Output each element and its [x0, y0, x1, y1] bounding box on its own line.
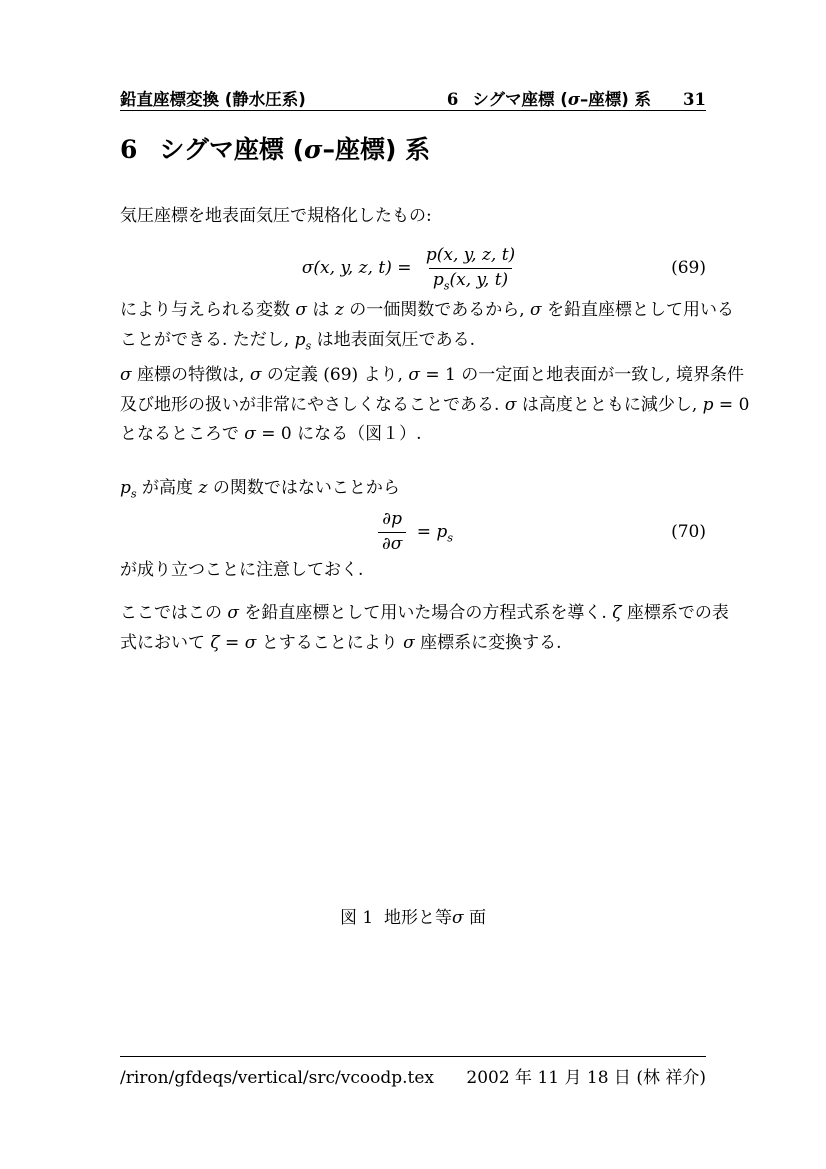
footer-date-author: 2002 年 11 月 18 日 (林 祥介)	[466, 1063, 706, 1088]
text-line: となるところで σ = 0 になる（図１）.	[120, 420, 706, 450]
text-line: ことができる. ただし, ps は地表面気圧である.	[120, 326, 706, 356]
paragraph-sigma-features: σ 座標の特徴は, σ の定義 (69) より, σ = 1 の一定面と地表面が…	[120, 361, 706, 450]
paragraph-ps-function: ps が高度 z の関数ではないことから	[120, 474, 706, 504]
header-left-title: 鉛直座標変換 (静水圧系)	[120, 86, 306, 110]
page-footer: /riron/gfdeqs/vertical/src/vcoodp.tex 20…	[120, 1063, 706, 1088]
equation-69: σ(x, y, z, t) = p(x, y, z, t) ps(x, y, t…	[120, 238, 706, 298]
text-line: 式において ζ = σ とすることにより σ 座標系に変換する.	[120, 629, 706, 659]
footer-file-path: /riron/gfdeqs/vertical/src/vcoodp.tex	[120, 1068, 434, 1088]
header-section-title: シグマ座標 (σ–座標) 系	[472, 86, 651, 110]
equation-70-body: ∂p ∂σ = ps	[373, 508, 453, 556]
text-line: 気圧座標を地表面気圧で規格化したもの:	[120, 202, 706, 232]
figure-1-caption: 図 1 地形と等σ 面	[120, 903, 706, 928]
paragraph-note: が成り立つことに注意しておく.	[120, 556, 706, 586]
equation-70-numerator: ∂p	[378, 508, 406, 531]
equation-70-denominator: ∂σ	[378, 532, 406, 556]
paragraph-derivation: ここではこの σ を鉛直座標として用いた場合の方程式系を導く. ζ 座標系での表…	[120, 599, 706, 658]
footer-rule	[120, 1056, 706, 1057]
equation-69-number: (69)	[671, 258, 706, 278]
text-line: ここではこの σ を鉛直座標として用いた場合の方程式系を導く. ζ 座標系での表	[120, 599, 706, 629]
section-title-text: シグマ座標 (σ–座標) 系	[159, 133, 430, 166]
paragraph-intro: 気圧座標を地表面気圧で規格化したもの:	[120, 202, 706, 232]
header-section-reference: 6 シグマ座標 (σ–座標) 系 31	[447, 86, 706, 110]
text-line: σ 座標の特徴は, σ の定義 (69) より, σ = 1 の一定面と地表面が…	[120, 361, 706, 391]
equation-70: ∂p ∂σ = ps (70)	[120, 506, 706, 558]
running-header: 鉛直座標変換 (静水圧系) 6 シグマ座標 (σ–座標) 系 31	[120, 86, 706, 110]
section-number: 6	[120, 133, 137, 166]
paragraph-sigma-definition: により与えられる変数 σ は z の一価関数であるから, σ を鉛直座標として用…	[120, 296, 706, 355]
equation-69-denominator: ps(x, y, t)	[429, 268, 512, 292]
text-line: ps が高度 z の関数ではないことから	[120, 474, 706, 504]
text-line: により与えられる変数 σ は z の一価関数であるから, σ を鉛直座標として用…	[120, 296, 706, 326]
page-number: 31	[683, 90, 706, 109]
text-line: 及び地形の扱いが非常にやさしくなることである. σ は高度とともに減少し, p …	[120, 391, 706, 421]
equation-69-lhs: σ(x, y, z, t) =	[302, 258, 417, 278]
document-page: 鉛直座標変換 (静水圧系) 6 シグマ座標 (σ–座標) 系 31 6 シグマ座…	[0, 0, 826, 1169]
equation-70-rhs: = ps	[411, 522, 453, 542]
section-title: 6 シグマ座標 (σ–座標) 系	[120, 133, 706, 166]
text-line: が成り立つことに注意しておく.	[120, 556, 706, 586]
equation-69-body: σ(x, y, z, t) = p(x, y, z, t) ps(x, y, t…	[302, 244, 524, 292]
equation-69-numerator: p(x, y, z, t)	[422, 244, 519, 267]
header-section-number: 6	[447, 90, 458, 109]
header-rule	[120, 110, 706, 111]
equation-70-fraction: ∂p ∂σ	[378, 508, 406, 556]
equation-70-number: (70)	[671, 522, 706, 542]
equation-69-fraction: p(x, y, z, t) ps(x, y, t)	[422, 244, 519, 292]
